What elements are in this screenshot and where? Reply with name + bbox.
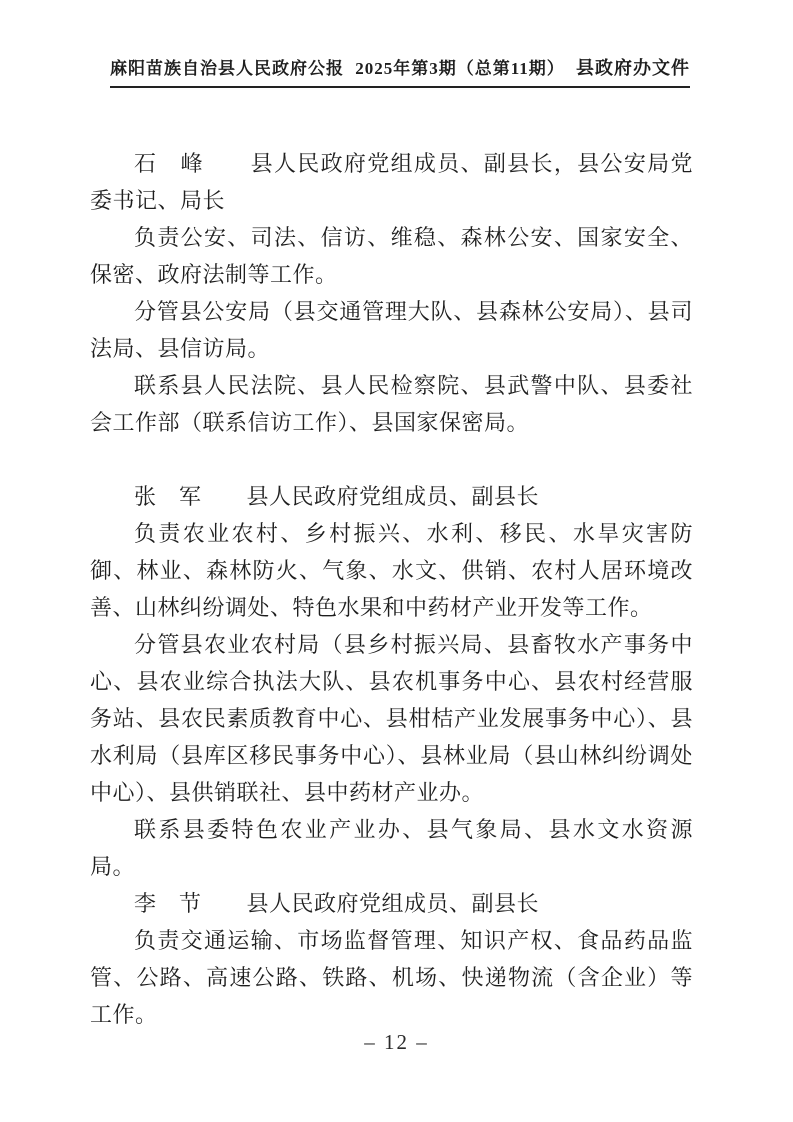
issue-info: 2025年第3期（总第11期）: [355, 54, 565, 79]
document-body: 石 峰 县人民政府党组成员、副县长，县公安局党委书记、局长负责公安、司法、信访、…: [90, 145, 693, 1033]
doc-category: 县政府办文件: [576, 54, 690, 80]
duty-paragraph: 负责农业农村、乡村振兴、水利、移民、水旱灾害防御、林业、森林防火、气象、水文、供…: [90, 515, 693, 626]
official-name: 石 峰: [134, 151, 204, 176]
name-title-separator: [204, 151, 251, 176]
official-entry: 李 节 县人民政府党组成员、副县长负责交通运输、市场监督管理、知识产权、食品药品…: [90, 885, 693, 1033]
official-entry-heading: 李 节 县人民政府党组成员、副县长: [90, 885, 693, 922]
page-number: – 12 –: [364, 1030, 429, 1054]
official-entry: 石 峰 县人民政府党组成员、副县长，县公安局党委书记、局长负责公安、司法、信访、…: [90, 145, 693, 441]
name-title-separator: [202, 484, 247, 509]
official-title: 县人民政府党组成员、副县长: [247, 484, 540, 509]
duty-paragraph: 负责交通运输、市场监督管理、知识产权、食品药品监管、公路、高速公路、铁路、机场、…: [90, 922, 693, 1033]
official-name: 张 军: [134, 484, 202, 509]
official-entry-heading: 石 峰 县人民政府党组成员、副县长，县公安局党委书记、局长: [90, 145, 693, 219]
gazette-page: 麻阳苗族自治县人民政府公报 2025年第3期（总第11期） 县政府办文件 石 峰…: [0, 0, 793, 1122]
duty-paragraph: 负责公安、司法、信访、维稳、森林公安、国家安全、保密、政府法制等工作。: [90, 219, 693, 293]
duty-paragraph: 联系县委特色农业产业办、县气象局、县水文水资源局。: [90, 811, 693, 885]
gazette-title: 麻阳苗族自治县人民政府公报: [110, 54, 344, 79]
name-title-separator: [202, 891, 247, 916]
duty-paragraph: 分管县公安局（县交通管理大队、县森林公安局）、县司法局、县信访局。: [90, 293, 693, 367]
page-footer: – 12 –: [0, 1030, 793, 1055]
official-entry: 张 军 县人民政府党组成员、副县长负责农业农村、乡村振兴、水利、移民、水旱灾害防…: [90, 478, 693, 885]
official-title: 县人民政府党组成员、副县长: [247, 891, 540, 916]
duty-paragraph: 分管县农业农村局（县乡村振兴局、县畜牧水产事务中心、县农业综合执法大队、县农机事…: [90, 626, 693, 811]
official-entry-heading: 张 军 县人民政府党组成员、副县长: [90, 478, 693, 515]
duty-paragraph: 联系县人民法院、县人民检察院、县武警中队、县委社会工作部（联系信访工作）、县国家…: [90, 367, 693, 441]
official-name: 李 节: [134, 891, 202, 916]
page-header: 麻阳苗族自治县人民政府公报 2025年第3期（总第11期） 县政府办文件: [110, 54, 690, 88]
